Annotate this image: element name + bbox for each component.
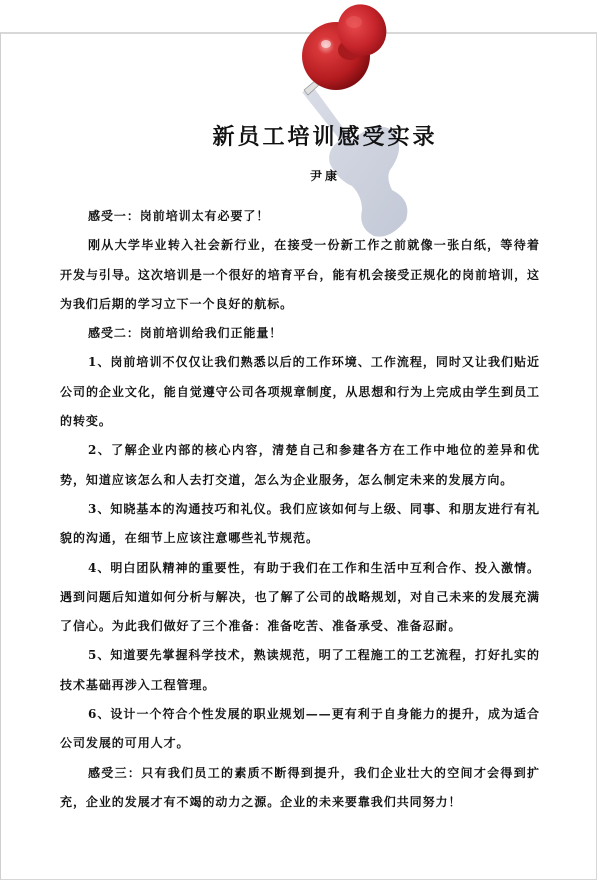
list-item-2: 2、了解企业内部的核心内容，清楚自己和参建各方在工作中地位的差异和优势，知道应该… — [60, 436, 540, 495]
heading-feeling-one: 感受一：岗前培训太有必要了！ — [60, 202, 540, 231]
document-content: 新员工培训感受实录 尹康 感受一：岗前培训太有必要了！ 刚从大学毕业转入社会新行… — [0, 0, 600, 882]
list-item-1: 1、岗前培训不仅仅让我们熟悉以后的工作环境、工作流程，同时又让我们贴近公司的企业… — [60, 348, 540, 436]
list-item-6: 6、设计一个符合个性发展的职业规划——更有利于自身能力的提升，成为适合公司发展的… — [60, 700, 540, 759]
feeling-three-paragraph: 感受三：只有我们员工的素质不断得到提升，我们企业壮大的空间才会得到扩充，企业的发… — [60, 759, 540, 818]
paragraph: 刚从大学毕业转入社会新行业，在接受一份新工作之前就像一张白纸，等待着开发与引导。… — [60, 231, 540, 319]
document-body: 感受一：岗前培训太有必要了！ 刚从大学毕业转入社会新行业，在接受一份新工作之前就… — [60, 202, 540, 817]
document-title: 新员工培训感受实录 — [0, 120, 600, 151]
document-author: 尹康 — [0, 167, 600, 184]
list-item-4: 4、明白团队精神的重要性，有助于我们在工作和生活中互利合作、投入激情。遇到问题后… — [60, 554, 540, 642]
list-item-3: 3、知晓基本的沟通技巧和礼仪。我们应该如何与上级、同事、和朋友进行有礼貌的沟通，… — [60, 495, 540, 554]
heading-feeling-two: 感受二：岗前培训给我们正能量！ — [60, 319, 540, 348]
list-item-5: 5、知道要先掌握科学技术，熟读规范，明了工程施工的工艺流程，打好扎实的技术基础再… — [60, 641, 540, 700]
